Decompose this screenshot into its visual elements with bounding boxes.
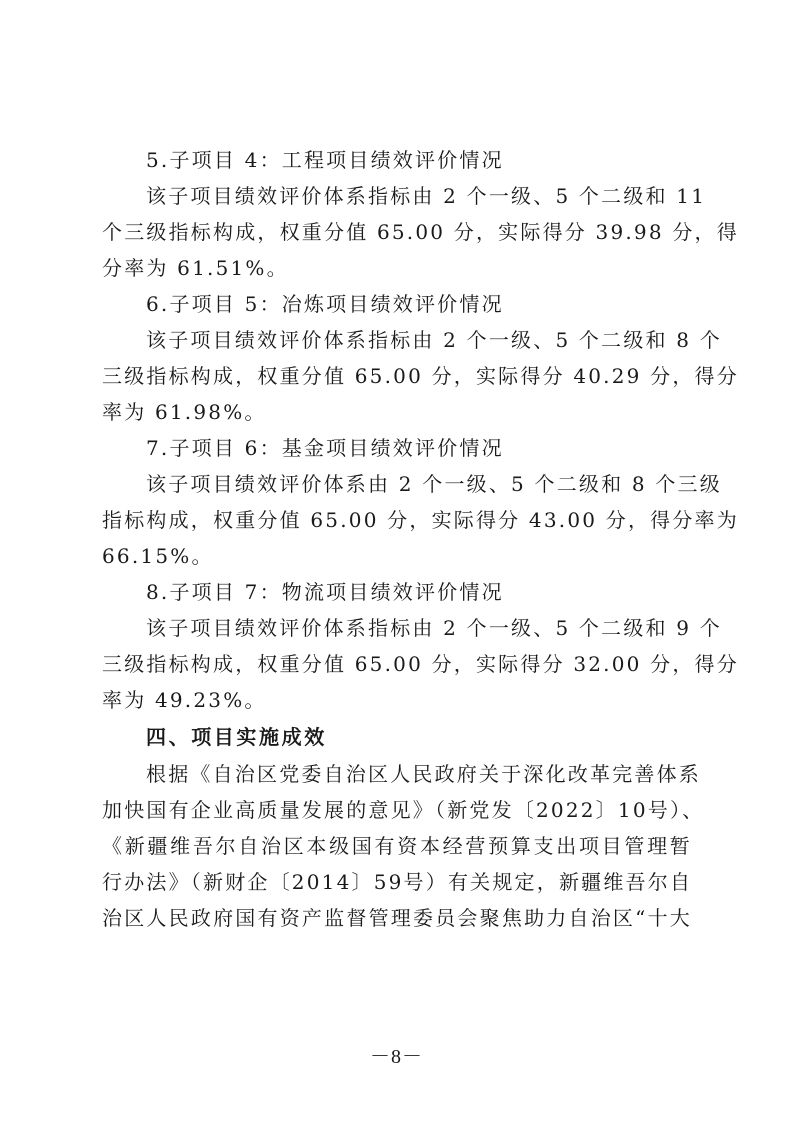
paragraph-line: 治区人民政府国有资产监督管理委员会聚焦助力自治区“十大 (102, 906, 692, 930)
paragraph-line: 该子项目绩效评价体系指标由 2 个一级、5 个二级和 8 个 (102, 328, 692, 352)
chapter-heading: 四、项目实施成效 (102, 725, 692, 749)
section-heading-6: 6.子项目 5：冶炼项目绩效评价情况 (102, 292, 692, 316)
paragraph-line: 该子项目绩效评价体系指标由 2 个一级、5 个二级和 9 个 (102, 616, 692, 640)
paragraph-line: 个三级指标构成，权重分值 65.00 分，实际得分 39.98 分，得 (102, 220, 692, 244)
paragraph-line: 指标构成，权重分值 65.00 分，实际得分 43.00 分，得分率为 (102, 508, 692, 532)
section-heading-7: 7.子项目 6：基金项目绩效评价情况 (102, 436, 692, 460)
paragraph-line: 《新疆维吾尔自治区本级国有资本经营预算支出项目管理暂 (102, 834, 692, 858)
paragraph-line: 该子项目绩效评价体系由 2 个一级、5 个二级和 8 个三级 (102, 472, 692, 496)
paragraph-line: 该子项目绩效评价体系指标由 2 个一级、5 个二级和 11 (102, 184, 692, 208)
paragraph-line: 66.15%。 (102, 544, 692, 568)
paragraph-line: 加快国有企业高质量发展的意见》（新党发〔2022〕10号）、 (102, 798, 692, 822)
paragraph-line: 率为 49.23%。 (102, 688, 692, 712)
section-heading-5: 5.子项目 4：工程项目绩效评价情况 (102, 148, 692, 172)
paragraph-line: 三级指标构成，权重分值 65.00 分，实际得分 40.29 分，得分 (102, 364, 692, 388)
paragraph-line: 率为 61.98%。 (102, 400, 692, 424)
page-number: －8－ (0, 1040, 793, 1069)
section-heading-8: 8.子项目 7：物流项目绩效评价情况 (102, 580, 692, 604)
paragraph-line: 根据《自治区党委自治区人民政府关于深化改革完善体系 (102, 762, 692, 786)
paragraph-line: 三级指标构成，权重分值 65.00 分，实际得分 32.00 分，得分 (102, 652, 692, 676)
paragraph-line: 分率为 61.51%。 (102, 256, 692, 280)
paragraph-line: 行办法》（新财企〔2014〕59号）有关规定，新疆维吾尔自 (102, 870, 692, 894)
